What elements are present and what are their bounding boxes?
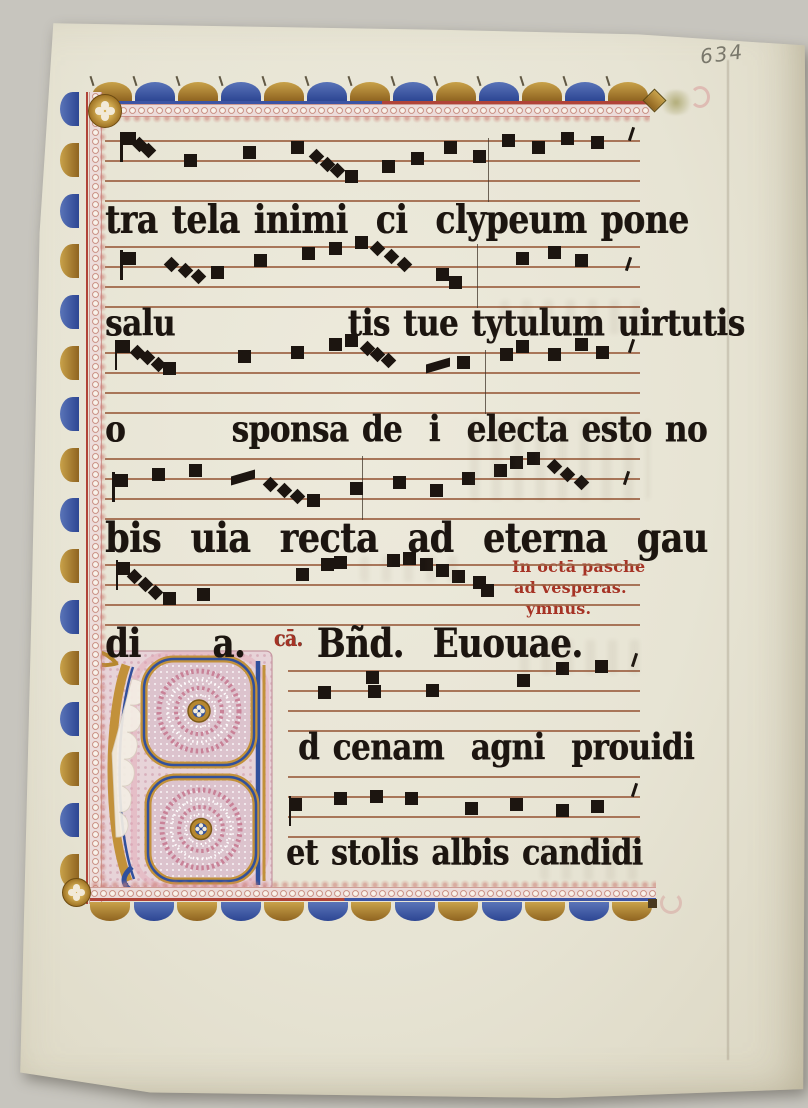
neume-punctum xyxy=(318,686,331,699)
neume-punctum xyxy=(500,348,513,361)
scallop-gold xyxy=(438,902,478,921)
scallop-gold xyxy=(60,549,79,583)
neume-punctum xyxy=(334,792,347,805)
neume-punctum xyxy=(411,152,424,165)
scallop-blue xyxy=(395,902,435,921)
scallop-blue xyxy=(565,82,605,101)
scallop-flame xyxy=(219,76,224,86)
neume-punctum xyxy=(289,798,302,811)
neume-punctum xyxy=(197,588,210,601)
stave-line xyxy=(105,286,640,288)
scallop-gold xyxy=(525,902,565,921)
border-end-olive-smudge xyxy=(658,90,694,115)
scallop-gold xyxy=(608,82,648,101)
neume-punctum xyxy=(334,556,347,569)
scallop-blue xyxy=(134,902,174,921)
border-end-pink-curl xyxy=(690,86,710,108)
scallop-gold xyxy=(90,902,130,921)
music-stave-2 xyxy=(105,246,640,308)
scallop-flame xyxy=(90,76,95,86)
scallop-gold xyxy=(60,651,79,685)
neume-punctum xyxy=(393,476,406,489)
scallop-gold xyxy=(351,902,391,921)
scallop-flame xyxy=(563,76,568,86)
quatrefoil-icon xyxy=(101,112,110,121)
border-top-lace xyxy=(92,116,650,129)
scallop-blue xyxy=(60,600,79,634)
neume-punctum xyxy=(548,246,561,259)
neume-punctum xyxy=(596,346,609,359)
scallop-flame xyxy=(262,76,267,86)
neume-punctum xyxy=(291,141,304,154)
scallop-flame xyxy=(520,76,525,86)
stave-line xyxy=(288,776,640,778)
scallop-gold xyxy=(264,82,304,101)
scallop-flame xyxy=(348,76,353,86)
neume-punctum xyxy=(449,276,462,289)
scallop-blue xyxy=(221,82,261,101)
neume-punctum xyxy=(329,242,342,255)
verso-show-through xyxy=(540,840,650,880)
neume-punctum xyxy=(115,474,128,487)
scallop-flame xyxy=(606,76,611,86)
neume-custos xyxy=(631,783,638,797)
chant-text: d cenam agni prouidi xyxy=(298,726,694,768)
bar-line xyxy=(485,350,486,414)
neume-custos xyxy=(628,127,635,141)
scallop-gold xyxy=(177,902,217,921)
manuscript-leaf: 634 In octā pasche ad vesperas. ymnus. xyxy=(0,0,808,1108)
scallop-gold xyxy=(60,752,79,786)
border-left-scallops xyxy=(58,92,79,904)
neume-punctum xyxy=(163,362,176,375)
neume-punctum xyxy=(238,350,251,363)
neume-punctum xyxy=(184,154,197,167)
neume-punctum xyxy=(163,592,176,605)
neume-punctum xyxy=(405,792,418,805)
neume-punctum xyxy=(329,338,342,351)
neume-punctum xyxy=(117,340,130,353)
scallop-flame xyxy=(176,76,181,86)
neume-punctum xyxy=(591,136,604,149)
neume-punctum xyxy=(473,150,486,163)
verso-show-through xyxy=(500,300,650,334)
neume-punctum xyxy=(189,464,202,477)
neume-punctum xyxy=(366,671,379,684)
neume-punctum xyxy=(532,141,545,154)
photo-background: 634 In octā pasche ad vesperas. ymnus. xyxy=(0,0,808,1108)
neume-punctum xyxy=(517,674,530,687)
neume-punctum xyxy=(575,338,588,351)
stave-line xyxy=(105,584,640,586)
border-bottom-end-curl xyxy=(660,892,682,914)
neume-punctum xyxy=(368,685,381,698)
neume-punctum xyxy=(548,348,561,361)
chant-text-line-6: d cenam agni prouidi xyxy=(298,730,694,782)
scallop-gold xyxy=(60,448,79,482)
stave-line xyxy=(105,140,640,142)
neume-punctum xyxy=(502,134,515,147)
initial-lower-counter xyxy=(148,777,256,881)
verso-show-through xyxy=(470,420,650,500)
neume-punctum xyxy=(321,558,334,571)
border-bottom-end-nub xyxy=(648,899,657,908)
scallop-blue xyxy=(60,397,79,431)
music-stave-3 xyxy=(105,352,640,414)
verso-show-through xyxy=(360,556,470,582)
stave-line xyxy=(288,690,640,692)
leaf-shadow-wrap: 634 In octā pasche ad vesperas. ymnus. xyxy=(0,0,808,1108)
scallop-blue xyxy=(569,902,609,921)
neume-diamond xyxy=(397,256,413,272)
chant-text-line-5: di a. cā. Bñd. Euouae. xyxy=(105,624,583,676)
scallop-blue xyxy=(60,803,79,837)
scallop-gold xyxy=(350,82,390,101)
scallop-blue xyxy=(479,82,519,101)
rubric-inline-abbreviation: cā. xyxy=(274,626,303,652)
neume-punctum xyxy=(457,356,470,369)
neume-punctum xyxy=(211,266,224,279)
illuminated-initial-A xyxy=(86,645,278,897)
neume-punctum xyxy=(307,494,320,507)
scallop-gold xyxy=(60,143,79,177)
neume-custos xyxy=(625,257,632,271)
stave-line xyxy=(105,604,640,606)
neume-punctum xyxy=(254,254,267,267)
bar-line xyxy=(488,138,489,202)
neume-punctum xyxy=(436,268,449,281)
neume-oblique xyxy=(231,470,255,486)
border-bottom-rule xyxy=(90,898,656,901)
stave-line xyxy=(288,710,640,712)
scallop-blue xyxy=(60,295,79,329)
bar-line xyxy=(477,244,478,308)
neume-punctum xyxy=(561,132,574,145)
scallop-flame xyxy=(391,76,396,86)
scallop-blue xyxy=(60,194,79,228)
neume-punctum xyxy=(516,340,529,353)
scallop-blue xyxy=(60,702,79,736)
neume-punctum xyxy=(481,584,494,597)
scallop-gold xyxy=(436,82,476,101)
scallop-blue xyxy=(221,902,261,921)
stave-line xyxy=(105,372,640,374)
chant-text: di a. xyxy=(105,620,274,667)
scallop-gold xyxy=(612,902,652,921)
scallop-blue xyxy=(60,92,79,126)
stave-line xyxy=(288,816,640,818)
neume-punctum xyxy=(345,170,358,183)
neume-punctum xyxy=(296,568,309,581)
scallop-gold xyxy=(60,346,79,380)
corner-medallion-topleft xyxy=(88,94,122,128)
scallop-flame xyxy=(305,76,310,86)
scallop-gold xyxy=(522,82,562,101)
neume-punctum xyxy=(152,468,165,481)
neume-punctum xyxy=(382,160,395,173)
neume-punctum xyxy=(510,798,523,811)
neume-punctum xyxy=(465,802,478,815)
neume-punctum xyxy=(123,252,136,265)
border-bottom-scallops xyxy=(90,902,656,924)
chant-text: tra tela inimi ci clypeum pone xyxy=(105,196,689,242)
neume-diamond xyxy=(383,248,399,264)
scallop-flame xyxy=(477,76,482,86)
quatrefoil-icon xyxy=(73,893,81,901)
scallop-blue xyxy=(307,82,347,101)
parchment-crease xyxy=(727,60,729,1060)
neume-punctum xyxy=(350,482,363,495)
scallop-blue xyxy=(482,902,522,921)
neume-punctum xyxy=(430,484,443,497)
folio-number: 634 xyxy=(699,39,746,68)
neume-punctum xyxy=(302,247,315,260)
neume-punctum xyxy=(291,346,304,359)
neume-punctum xyxy=(426,684,439,697)
neume-punctum xyxy=(556,804,569,817)
neume-punctum xyxy=(117,562,130,575)
border-left-rule xyxy=(86,92,89,904)
scallop-blue xyxy=(60,498,79,532)
music-stave-7 xyxy=(288,776,640,838)
scallop-gold xyxy=(178,82,218,101)
neume-punctum xyxy=(575,254,588,267)
chant-text-line-1: tra tela inimi ci clypeum pone xyxy=(105,200,689,252)
scallop-gold xyxy=(60,244,79,278)
neume-punctum xyxy=(370,790,383,803)
scallop-flame xyxy=(133,76,138,86)
border-top-scallops xyxy=(92,79,650,101)
neume-punctum xyxy=(516,252,529,265)
scallop-blue xyxy=(308,902,348,921)
stave-line xyxy=(105,392,640,394)
scallop-gold xyxy=(264,902,304,921)
neume-punctum xyxy=(444,141,457,154)
quatrefoil-icon xyxy=(73,884,81,892)
music-stave-1 xyxy=(105,140,640,202)
stave-line xyxy=(105,180,640,182)
scallop-flame xyxy=(434,76,439,86)
neume-punctum xyxy=(345,334,358,347)
neume-punctum xyxy=(591,800,604,813)
corner-medallion-bottomleft xyxy=(62,878,91,907)
border-left-lace xyxy=(100,92,112,904)
scallop-blue xyxy=(393,82,433,101)
neume-punctum xyxy=(355,236,368,249)
scallop-blue xyxy=(135,82,175,101)
neume-punctum xyxy=(243,146,256,159)
verso-show-through xyxy=(520,640,650,674)
music-stave-6 xyxy=(288,670,640,732)
